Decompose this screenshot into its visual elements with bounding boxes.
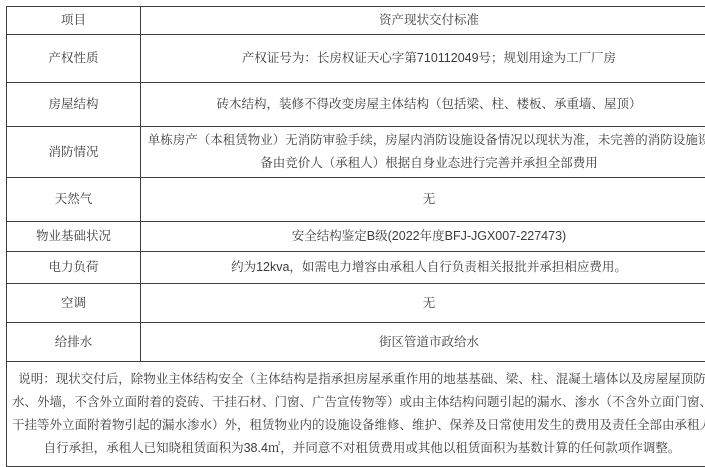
table-row: 房屋结构 砖木结构，装修不得改变房屋主体结构（包括梁、柱、楼板、承重墙、屋顶）: [7, 83, 705, 127]
row-value-property-rights: 产权证号为：长房权证天心字第710112049号；规划用途为工厂厂房: [141, 35, 705, 83]
table-note-row: 说明：现状交付后，除物业主体结构安全（主体结构是指承担房屋承重作用的地基基础、梁…: [7, 362, 705, 467]
row-label-property-basic-condition: 物业基础状况: [7, 222, 141, 252]
page: 项目 资产现状交付标准 产权性质 产权证号为：长房权证天心字第710112049…: [0, 0, 705, 459]
row-value-water-supply-drainage: 街区管道市政给水: [141, 323, 705, 362]
row-label-natural-gas: 天然气: [7, 178, 141, 222]
row-value-building-structure: 砖木结构，装修不得改变房屋主体结构（包括梁、柱、楼板、承重墙、屋顶）: [141, 83, 705, 127]
table-row: 空调 无: [7, 284, 705, 323]
table-row: 消防情况 单栋房产（本租赁物业）无消防审验手续，房屋内消防设施设备情况以现状为准…: [7, 127, 705, 178]
table-row: 给排水 街区管道市政给水: [7, 323, 705, 362]
row-value-power-load: 约为12kva，如需电力增容由承租人自行负责相关报批并承担相应费用。: [141, 252, 705, 284]
row-label-fire-safety: 消防情况: [7, 127, 141, 178]
header-cell-item: 项目: [7, 7, 141, 35]
table-row: 天然气 无: [7, 178, 705, 222]
header-cell-standard: 资产现状交付标准: [141, 7, 705, 35]
table-header-row: 项目 资产现状交付标准: [7, 7, 705, 35]
row-label-property-rights: 产权性质: [7, 35, 141, 83]
table-row: 电力负荷 约为12kva，如需电力增容由承租人自行负责相关报批并承担相应费用。: [7, 252, 705, 284]
row-value-fire-safety: 单栋房产（本租赁物业）无消防审验手续，房屋内消防设施设备情况以现状为准，未完善的…: [141, 127, 705, 178]
row-label-air-conditioning: 空调: [7, 284, 141, 323]
row-value-air-conditioning: 无: [141, 284, 705, 323]
table-row: 产权性质 产权证号为：长房权证天心字第710112049号；规划用途为工厂厂房: [7, 35, 705, 83]
row-label-power-load: 电力负荷: [7, 252, 141, 284]
row-label-building-structure: 房屋结构: [7, 83, 141, 127]
row-value-natural-gas: 无: [141, 178, 705, 222]
asset-delivery-standard-table: 项目 资产现状交付标准 产权性质 产权证号为：长房权证天心字第710112049…: [6, 6, 705, 467]
note-cell: 说明：现状交付后，除物业主体结构安全（主体结构是指承担房屋承重作用的地基基础、梁…: [7, 362, 705, 467]
row-value-property-basic-condition: 安全结构鉴定B级(2022年度BFJ-JGX007-227473): [141, 222, 705, 252]
row-label-water-supply-drainage: 给排水: [7, 323, 141, 362]
table-row: 物业基础状况 安全结构鉴定B级(2022年度BFJ-JGX007-227473): [7, 222, 705, 252]
